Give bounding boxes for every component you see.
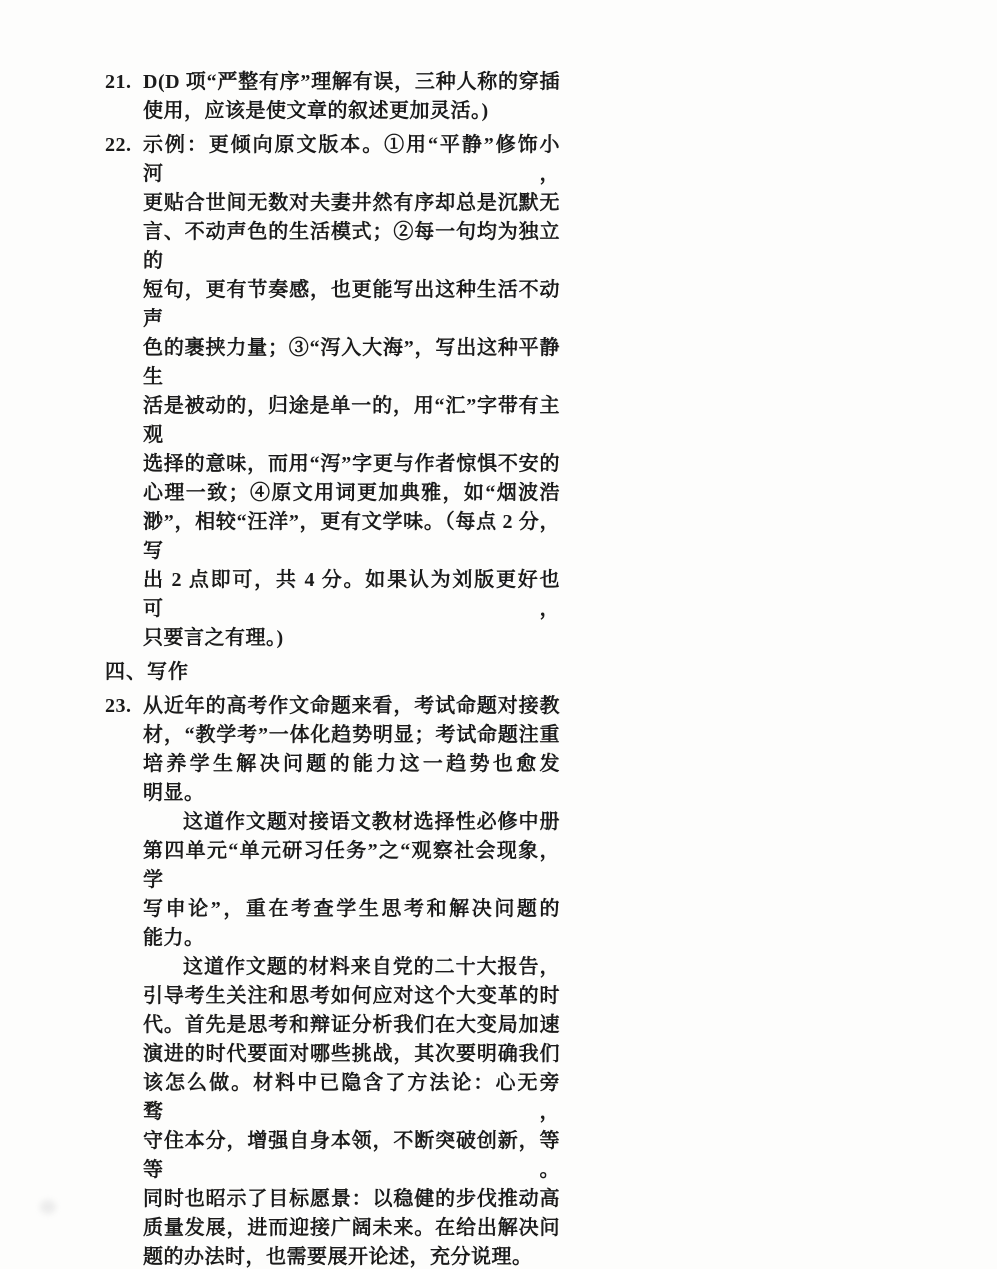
item-body: 从近年的高考作文命题来看，考试命题对接教 材，“教学考”一体化趋势明显；考试命题… bbox=[143, 692, 560, 1269]
item-body: D(D 项“严整有序”理解有误，三种人称的穿插 使用，应该是使文章的叙述更加灵活… bbox=[143, 68, 560, 126]
answer-line: 第四单元“单元研习任务”之“观察社会现象，学 bbox=[143, 837, 560, 895]
paragraph-3: 这道作文题的材料来自党的二十大报告， 引导考生关注和思考如何应对这个大变革的时 … bbox=[143, 953, 560, 1269]
answer-line: 明显。 bbox=[143, 779, 560, 808]
answer-line: 演进的时代要面对哪些挑战，其次要明确我们 bbox=[143, 1040, 560, 1069]
answer-item-23: 23. 从近年的高考作文命题来看，考试命题对接教 材，“教学考”一体化趋势明显；… bbox=[105, 692, 561, 1269]
answer-line: 材，“教学考”一体化趋势明显；考试命题注重 bbox=[143, 721, 560, 750]
section-heading-writing: 四、写作 bbox=[105, 658, 561, 687]
answer-line: 质量发展，进而迎接广阔未来。在给出解决问 bbox=[143, 1214, 560, 1243]
answer-line: 写申论”，重在考查学生思考和解决问题的 bbox=[143, 895, 560, 924]
answer-key-content: 21. D(D 项“严整有序”理解有误，三种人称的穿插 使用，应该是使文章的叙述… bbox=[105, 68, 561, 1269]
answer-line: 示例：更倾向原文版本。①用“平静”修饰小河， bbox=[143, 131, 560, 189]
answer-line: 该怎么做。材料中已隐含了方法论：心无旁骛， bbox=[143, 1069, 560, 1127]
answer-line: D(D 项“严整有序”理解有误，三种人称的穿插 bbox=[143, 68, 560, 97]
answer-line: 守住本分，增强自身本领，不断突破创新，等等。 bbox=[143, 1127, 560, 1185]
answer-line: 这道作文题对接语文教材选择性必修中册 bbox=[143, 808, 560, 837]
item-body: 示例：更倾向原文版本。①用“平静”修饰小河， 更贴合世间无数对夫妻井然有序却总是… bbox=[143, 131, 560, 653]
answer-line: 色的裹挟力量；③“泻入大海”，写出这种平静生 bbox=[143, 334, 560, 392]
answer-line: 选择的意味，而用“泻”字更与作者惊惧不安的 bbox=[143, 450, 560, 479]
item-number: 22. bbox=[105, 131, 143, 160]
answer-line: 出 2 点即可，共 4 分。如果认为刘版更好也可， bbox=[143, 566, 560, 624]
item-number: 23. bbox=[105, 692, 143, 721]
answer-line: 使用，应该是使文章的叙述更加灵活。) bbox=[143, 97, 560, 126]
answer-line: 题的办法时，也需要展开论述，充分说理。 bbox=[143, 1243, 560, 1269]
answer-line: 培养学生解决问题的能力这一趋势也愈发 bbox=[143, 750, 560, 779]
paragraph-2: 这道作文题对接语文教材选择性必修中册 第四单元“单元研习任务”之“观察社会现象，… bbox=[143, 808, 560, 953]
paragraph-1: 从近年的高考作文命题来看，考试命题对接教 材，“教学考”一体化趋势明显；考试命题… bbox=[143, 692, 560, 808]
answer-item-22: 22. 示例：更倾向原文版本。①用“平静”修饰小河， 更贴合世间无数对夫妻井然有… bbox=[105, 131, 561, 653]
answer-line: 只要言之有理。) bbox=[143, 624, 560, 653]
answer-line: 渺”，相较“汪洋”，更有文学味。（每点 2 分，写 bbox=[143, 508, 560, 566]
answer-line: 从近年的高考作文命题来看，考试命题对接教 bbox=[143, 692, 560, 721]
answer-item-21: 21. D(D 项“严整有序”理解有误，三种人称的穿插 使用，应该是使文章的叙述… bbox=[105, 68, 561, 126]
answer-line: 能力。 bbox=[143, 924, 560, 953]
answer-line: 短句，更有节奏感，也更能写出这种生活不动声 bbox=[143, 276, 560, 334]
answer-line: 引导考生关注和思考如何应对这个大变革的时 bbox=[143, 982, 560, 1011]
answer-line: 言、不动声色的生活模式；②每一句均为独立的 bbox=[143, 218, 560, 276]
answer-line: 心理一致；④原文用词更加典雅，如“烟波浩 bbox=[143, 479, 560, 508]
item-number: 21. bbox=[105, 68, 143, 97]
answer-line: 活是被动的，归途是单一的，用“汇”字带有主观 bbox=[143, 392, 560, 450]
answer-line: 同时也昭示了目标愿景：以稳健的步伐推动高 bbox=[143, 1185, 560, 1214]
scan-smudge bbox=[40, 1200, 56, 1214]
document-page: 21. D(D 项“严整有序”理解有误，三种人称的穿插 使用，应该是使文章的叙述… bbox=[0, 0, 997, 1269]
answer-line: 代。首先是思考和辩证分析我们在大变局加速 bbox=[143, 1011, 560, 1040]
answer-line: 更贴合世间无数对夫妻井然有序却总是沉默无 bbox=[143, 189, 560, 218]
answer-line: 这道作文题的材料来自党的二十大报告， bbox=[143, 953, 560, 982]
